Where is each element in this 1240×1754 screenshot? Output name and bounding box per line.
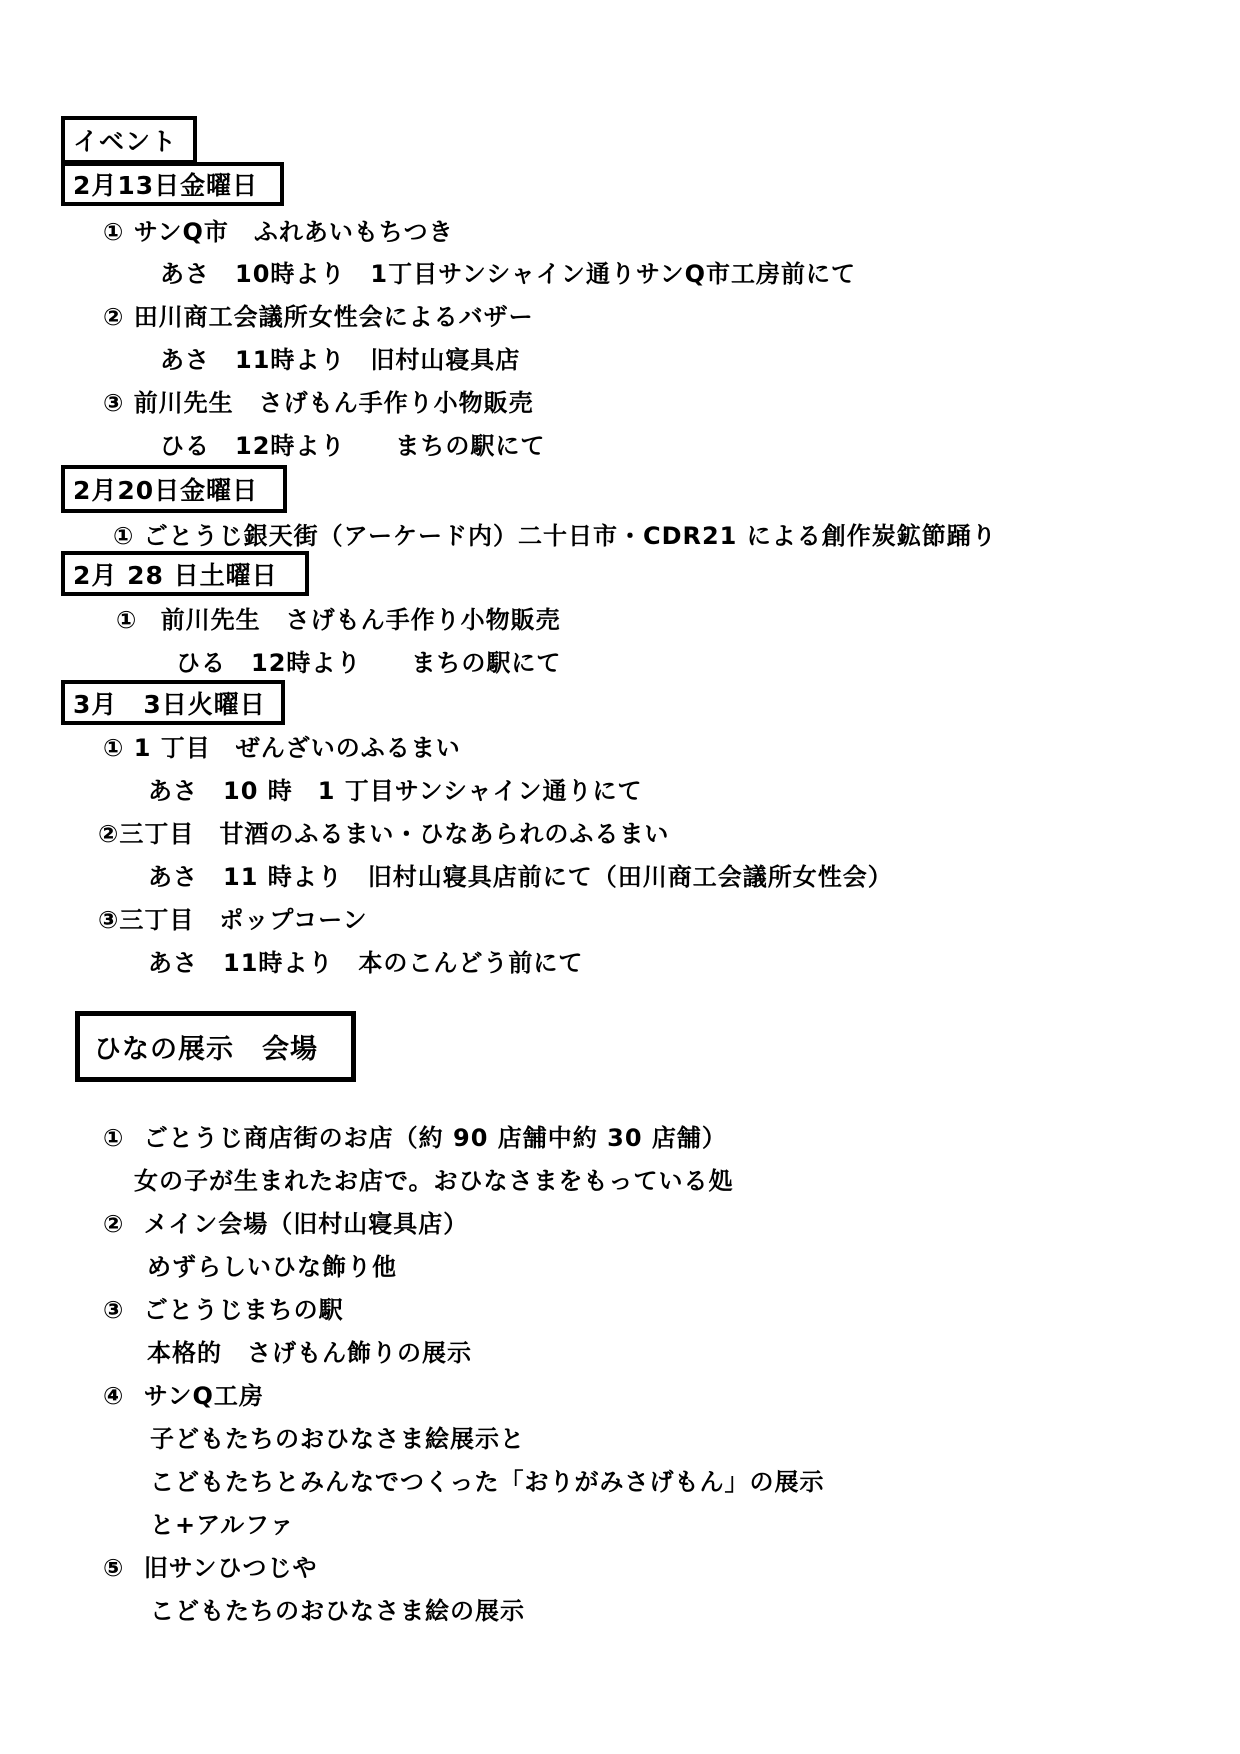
event-item: ① 1 丁目 ぜんざいのふるまい	[103, 728, 461, 763]
event-title: 1 丁目 ぜんざいのふるまい	[134, 734, 461, 762]
venue-title: メイン会場（旧村山寝具店）	[144, 1210, 469, 1238]
event-item: ① 前川先生 さげもん手作り小物販売	[116, 600, 561, 635]
venue-detail: 女の子が生まれたお店で。おひなさまをもっている処	[134, 1161, 734, 1196]
venue-item: ⑤ 旧サンひつじや	[103, 1548, 318, 1583]
item-number: ③	[98, 906, 119, 934]
date-heading-mar3: 3月 3日火曜日	[61, 680, 285, 725]
date-heading-feb20: 2月20日金曜日	[61, 465, 287, 513]
item-number: ①	[103, 1124, 124, 1152]
event-title: 三丁目 ポップコーン	[119, 906, 367, 934]
item-number: ④	[103, 1382, 124, 1410]
event-detail: あさ 10 時 1 丁目サンシャイン通りにて	[148, 771, 643, 806]
venue-title: ごとうじ商店街のお店（約 90 店舗中約 30 店舗）	[144, 1124, 727, 1152]
event-detail: あさ 10時より 1丁目サンシャイン通りサンQ市工房前にて	[160, 254, 856, 289]
item-number: ①	[103, 734, 124, 762]
event-title: 田川商工会議所女性会によるバザー	[134, 303, 534, 331]
venue-detail: 本格的 さげもん飾りの展示	[147, 1333, 472, 1368]
event-title: ごとうじ銀天街（アーケード内）二十日市・CDR21 による創作炭鉱節踊り	[144, 522, 997, 550]
item-number: ①	[116, 606, 137, 634]
venue-detail: 子どもたちのおひなさま絵展示と	[150, 1419, 525, 1454]
venue-item: ① ごとうじ商店街のお店（約 90 店舗中約 30 店舗）	[103, 1118, 727, 1153]
venue-item: ② メイン会場（旧村山寝具店）	[103, 1204, 468, 1239]
venue-title: ごとうじまちの駅	[144, 1296, 344, 1324]
item-number: ⑤	[103, 1554, 124, 1582]
venue-item: ④ サンQ工房	[103, 1376, 264, 1411]
event-title: 前川先生 さげもん手作り小物販売	[134, 389, 534, 417]
item-number: ①	[103, 218, 124, 246]
venue-detail: こどもたちとみんなでつくった「おりがみさげもん」の展示	[150, 1462, 825, 1497]
event-detail: ひる 12時より まちの駅にて	[160, 426, 545, 461]
item-number: ③	[103, 1296, 124, 1324]
venue-item: ③ ごとうじまちの駅	[103, 1290, 344, 1325]
item-number: ②	[103, 1210, 124, 1238]
venue-title: サンQ工房	[144, 1382, 264, 1410]
events-heading: イベント	[61, 116, 197, 164]
venue-detail: こどもたちのおひなさま絵の展示	[150, 1591, 525, 1626]
event-title: 前川先生 さげもん手作り小物販売	[161, 606, 561, 634]
date-heading-feb28: 2月 28 日土曜日	[61, 551, 309, 596]
event-detail: ひる 12時より まちの駅にて	[176, 643, 561, 678]
event-item: ③ 前川先生 さげもん手作り小物販売	[103, 383, 534, 418]
event-item: ②三丁目 甘酒のふるまい・ひなあられのふるまい	[98, 814, 669, 849]
event-title: 三丁目 甘酒のふるまい・ひなあられのふるまい	[119, 820, 669, 848]
item-number: ③	[103, 389, 124, 417]
event-detail: あさ 11 時より 旧村山寝具店前にて（田川商工会議所女性会）	[148, 857, 893, 892]
venue-detail: と+アルファ	[150, 1505, 295, 1540]
date-heading-feb13: 2月13日金曜日	[61, 162, 284, 206]
event-item: ② 田川商工会議所女性会によるバザー	[103, 297, 534, 332]
venue-title: 旧サンひつじや	[144, 1554, 318, 1582]
event-detail: あさ 11時より 本のこんどう前にて	[148, 943, 583, 978]
item-number: ①	[113, 522, 134, 550]
event-title: サンQ市 ふれあいもちつき	[134, 218, 454, 246]
exhibition-heading: ひなの展示 会場	[75, 1011, 356, 1082]
event-item: ① サンQ市 ふれあいもちつき	[103, 212, 454, 247]
item-number: ②	[98, 820, 119, 848]
event-item: ③三丁目 ポップコーン	[98, 900, 368, 935]
event-item: ① ごとうじ銀天街（アーケード内）二十日市・CDR21 による創作炭鉱節踊り	[113, 516, 997, 551]
item-number: ②	[103, 303, 124, 331]
venue-detail: めずらしいひな飾り他	[147, 1247, 397, 1282]
event-detail: あさ 11時より 旧村山寝具店	[160, 340, 520, 375]
